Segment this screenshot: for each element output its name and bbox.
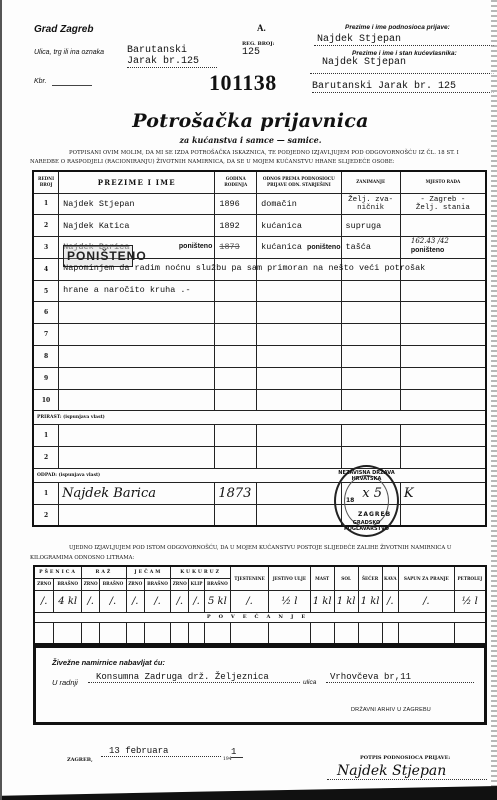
subheader: ZRNO xyxy=(126,578,144,590)
name-cell[interactable] xyxy=(59,324,215,346)
header-sugar: ŠEĆER xyxy=(358,566,382,590)
occupation-cell[interactable]: Želj. zva-ničnik xyxy=(341,193,400,215)
row-number: 2 xyxy=(33,215,59,237)
table-row: 2 Najdek Katica 1892 kućanica supruga xyxy=(33,215,486,237)
table-row: 7 xyxy=(33,324,486,346)
value-cell[interactable] xyxy=(334,622,358,644)
value-cell[interactable]: ½ l xyxy=(454,590,486,612)
shop-street-field[interactable]: Vrhovčeva br,11 xyxy=(326,672,474,683)
col-header-relation: ODNOS PREMA PODNOSIOCU PRIJAVE ODN. STAR… xyxy=(257,171,341,193)
born-cell[interactable]: 1873 xyxy=(215,237,257,259)
landlord-address-field[interactable]: Barutanski Jarak br. 125 xyxy=(312,81,494,93)
relation-value: kućanica xyxy=(261,242,302,252)
row-number: 4 xyxy=(33,258,59,280)
value-cell[interactable]: 1 kl xyxy=(358,590,382,612)
subheader: BRAŠNO xyxy=(204,578,230,590)
table-row: 1 Najdek Stjepan 1896 domačin Želj. zva-… xyxy=(33,193,486,215)
shop-street-label: ulica xyxy=(303,679,316,686)
col-header-occupation: ZANIMANJE xyxy=(341,171,400,193)
reg-number-field[interactable]: 125 xyxy=(242,47,260,58)
archive-stamp: DRŽAVNI ARHIV U ZAGREBU xyxy=(351,707,431,713)
note-cell[interactable]: hrane a naročito kruha .- xyxy=(59,280,215,302)
value-cell[interactable]: 4 kl xyxy=(54,590,82,612)
cancel-stamp-small: poništeno xyxy=(411,247,444,254)
increase-section-header: PRIRAST: (ispunjava vlast) xyxy=(33,411,486,425)
seal-center-text: ZAGREB xyxy=(358,511,391,518)
increase-label: PRIRAST: (ispunjava vlast) xyxy=(33,411,486,425)
row-number: 2 xyxy=(33,504,59,526)
cancel-stamp-small: poništeno xyxy=(307,244,340,251)
value-cell[interactable] xyxy=(189,622,204,644)
born-cell[interactable]: 1873 xyxy=(215,483,257,505)
row-number: 1 xyxy=(33,193,59,215)
table-row: 10 xyxy=(33,389,486,411)
table-row: 1 Najdek Barica 1873 x 5 K xyxy=(33,483,486,505)
header-lard: MAST xyxy=(310,566,334,590)
occupation-line-2: ničnik xyxy=(342,204,400,212)
table-row: 8 xyxy=(33,346,486,368)
decrease-section-header: ODPAD: (ispunjava vlast) xyxy=(33,469,486,483)
col-header-name: PREZIME I IME xyxy=(59,171,215,193)
supplies-declaration-2: KILOGRAMIMA ODNOSNO LITRAMA: xyxy=(30,555,134,561)
city-label: Grad Zagreb xyxy=(34,24,93,35)
subheader: ZRNO xyxy=(34,578,54,590)
header-petroleum: PETROLEJ xyxy=(454,566,486,590)
note-line-1: Napominjem da radim noćnu službu pa sam … xyxy=(63,263,425,273)
value-cell[interactable] xyxy=(54,622,82,644)
document-page: Grad Zagreb A. Ulica, trg ili ina oznaka… xyxy=(0,0,497,800)
name-cell[interactable] xyxy=(59,302,215,324)
col-header-workplace: MJESTO RADA xyxy=(400,171,486,193)
row-number: 9 xyxy=(33,367,59,389)
value-cell[interactable]: /. xyxy=(231,590,269,612)
value-cell[interactable]: 1 kl xyxy=(334,590,358,612)
scan-edge-right xyxy=(491,0,497,800)
value-cell[interactable]: /. xyxy=(126,590,144,612)
place-label: ZAGREB, xyxy=(67,757,93,763)
value-cell[interactable]: 1 kl xyxy=(310,590,334,612)
declaration-line-2: NAREDBE O RASPODJELI (RACIONIRANJU) ŽIVO… xyxy=(30,159,495,165)
note-line-2: hrane a naročito kruha .- xyxy=(63,285,191,295)
value-cell[interactable] xyxy=(269,622,311,644)
value-cell[interactable] xyxy=(454,622,486,644)
table-row: 2 xyxy=(33,504,486,526)
row-number: 1 xyxy=(33,425,59,447)
row-number: 5 xyxy=(33,280,59,302)
subheader: ZRNO xyxy=(171,578,189,590)
value-cell[interactable]: /. xyxy=(34,590,54,612)
row-number: 3 xyxy=(33,237,59,259)
value-cell[interactable] xyxy=(82,622,100,644)
increase-row-header: POVEĆANJE xyxy=(34,612,486,622)
name-cell[interactable] xyxy=(59,447,215,469)
value-cell[interactable]: /. xyxy=(382,590,398,612)
value-cell[interactable] xyxy=(231,622,269,644)
header-salt: SOL xyxy=(334,566,358,590)
value-cell[interactable] xyxy=(382,622,398,644)
name-cell[interactable] xyxy=(59,504,215,526)
subheader: BRAŠNO xyxy=(100,578,126,590)
value-cell[interactable]: /. xyxy=(100,590,126,612)
name-cell[interactable]: Najdek Barica xyxy=(59,483,215,505)
subheader: BRAŠNO xyxy=(54,578,82,590)
household-members-table: REDNI BROJ PREZIME I IME GODINA RODENJA … xyxy=(32,170,487,527)
value-cell[interactable] xyxy=(204,622,230,644)
occupation-cell[interactable]: supruga xyxy=(341,215,400,237)
group-header-barley: JEČAM xyxy=(126,566,171,578)
seal-top-text: NEZAVISNA DRŽAVA HRVATSKA xyxy=(336,470,397,482)
landlord-label: Prezime i ime i stan kućevlasnika: xyxy=(352,50,457,57)
date-field[interactable]: 13 februara xyxy=(101,746,221,757)
header-soap: SAPUN ZA PRANJE xyxy=(399,566,455,590)
row-number: 8 xyxy=(33,346,59,368)
page-subtitle: za kućanstva i samce — samice. xyxy=(2,135,497,145)
signature-label: POTPIS PODNOSIOCA PRIJAVE: xyxy=(360,755,450,761)
page-title: Potrošačka prijavnica xyxy=(2,110,497,132)
supplies-table: PŠENICA RAŽ JEČAM KUKURUZ TJESTENINE JES… xyxy=(33,565,487,645)
value-cell[interactable]: /. xyxy=(82,590,100,612)
shop-section-label: Živežne namirnice nabavljat ću: xyxy=(52,658,165,667)
subheader: KLIP xyxy=(189,578,204,590)
workplace-cell[interactable]: 162.43 /42poništeno xyxy=(400,237,486,259)
scan-edge-bottom xyxy=(2,786,497,800)
value-cell[interactable]: /. xyxy=(144,590,170,612)
declaration-line-1: POTPISANI OVIM MOLIM, DA MI SE IZDA POTR… xyxy=(69,150,494,156)
row-number: 1 xyxy=(33,483,59,505)
value-cell[interactable] xyxy=(310,622,334,644)
occupation-cell[interactable]: tašća xyxy=(341,237,400,259)
value-cell[interactable] xyxy=(358,622,382,644)
supplies-declaration-1: UJEDNO IZJAVLJUJEM POD ISTOM ODGOVORNOŠĆ… xyxy=(69,545,494,551)
col-header-no: REDNI BROJ xyxy=(33,171,59,193)
shop-section: Živežne namirnice nabavljat ću: U radnji… xyxy=(33,645,487,725)
group-header-wheat: PŠENICA xyxy=(34,566,82,578)
name-cell[interactable] xyxy=(59,346,215,368)
workplace-cell[interactable] xyxy=(400,215,486,237)
row-number: 6 xyxy=(33,302,59,324)
header-pasta: TJESTENINE xyxy=(231,566,269,590)
workplace-cell[interactable]: K xyxy=(400,483,486,505)
subheader: ZRNO xyxy=(82,578,100,590)
relation-cell[interactable] xyxy=(257,483,341,505)
seal-bottom-text: GRADSKO POGLAVARSTVO xyxy=(336,520,397,532)
increase-label: POVEĆANJE xyxy=(34,612,486,622)
row-number: 10 xyxy=(33,389,59,411)
handwritten-note: 162.43 /42 xyxy=(411,237,449,245)
table-row: 6 xyxy=(33,302,486,324)
header-oil: JESTIVO ULJE xyxy=(269,566,311,590)
value-cell[interactable]: ½ l xyxy=(269,590,311,612)
card-number: 101138 xyxy=(209,70,277,96)
landlord-underline xyxy=(310,73,494,74)
landlord-field[interactable]: Najdek Stjepan xyxy=(322,57,494,68)
table-header-row: REDNI BROJ PREZIME I IME GODINA RODENJA … xyxy=(33,171,486,193)
official-seal: NEZAVISNA DRŽAVA HRVATSKA 18 ZAGREB GRAD… xyxy=(334,465,399,537)
applicant-field[interactable]: Najdek Stjepan xyxy=(314,34,494,46)
supplies-group-header-row: PŠENICA RAŽ JEČAM KUKURUZ TJESTENINE JES… xyxy=(34,566,486,578)
applicant-label: Prezime i ime podnosioca prijave: xyxy=(345,24,450,31)
value-cell[interactable]: 5 kl xyxy=(204,590,230,612)
col-header-born: GODINA RODENJA xyxy=(215,171,257,193)
form-letter: A. xyxy=(257,23,266,33)
seal-date: 18 xyxy=(346,497,354,504)
group-header-corn: KUKURUZ xyxy=(171,566,231,578)
signature-field[interactable]: Najdek Stjepan xyxy=(327,763,487,780)
value-cell[interactable]: /. xyxy=(171,590,189,612)
relation-cell[interactable]: domačin xyxy=(257,193,341,215)
value-cell[interactable] xyxy=(171,622,189,644)
row-number: 7 xyxy=(33,324,59,346)
name-cell[interactable]: Najdek Katica xyxy=(59,215,215,237)
table-row: 5 hrane a naročito kruha .- xyxy=(33,280,486,302)
table-row: 9 xyxy=(33,367,486,389)
kbr-label: Kbr. xyxy=(34,78,47,85)
name-cell[interactable] xyxy=(59,389,215,411)
cancel-stamp-small: poništeno xyxy=(179,243,212,250)
relation-cell[interactable]: kućanica poništeno xyxy=(257,237,341,259)
relation-cell[interactable]: kućanica xyxy=(257,215,341,237)
value-cell[interactable]: /. xyxy=(189,590,204,612)
table-row: 2 xyxy=(33,447,486,469)
kbr-field[interactable] xyxy=(52,85,92,86)
occupation-line-1: Želj. zva- xyxy=(342,196,400,204)
row-number: 2 xyxy=(33,447,59,469)
born-cell[interactable]: 1896 xyxy=(215,193,257,215)
supplies-values-row: /. 4 kl /. /. /. /. /. /. 5 kl /. ½ l 1 … xyxy=(34,590,486,612)
name-cell[interactable] xyxy=(59,367,215,389)
value-cell[interactable] xyxy=(34,622,54,644)
header-coffee: KAVA xyxy=(382,566,398,590)
street-field[interactable]: Barutanski Jarak br.125 xyxy=(127,45,217,68)
subheader: BRAŠNO xyxy=(144,578,170,590)
born-cell[interactable]: 1892 xyxy=(215,215,257,237)
table-row: 1 xyxy=(33,425,486,447)
value-cell[interactable] xyxy=(144,622,170,644)
shop-label: U radnji xyxy=(52,678,78,687)
value-cell[interactable]: /. xyxy=(399,590,455,612)
name-cell[interactable]: Najdek Stjepan xyxy=(59,193,215,215)
name-cell[interactable] xyxy=(59,425,215,447)
value-cell[interactable] xyxy=(399,622,455,644)
workplace-line-2: Želj. stania xyxy=(401,204,485,212)
workplace-line-1: - Zagreb - xyxy=(401,196,485,204)
group-header-rye: RAŽ xyxy=(82,566,127,578)
shop-field[interactable]: Konsumna Zadruga drž. Željeznica xyxy=(88,672,300,683)
year-field[interactable]: 1 xyxy=(231,747,243,758)
street-label: Ulica, trg ili ina oznaka xyxy=(34,49,104,56)
workplace-cell[interactable]: - Zagreb -Želj. stania xyxy=(400,193,486,215)
value-cell[interactable] xyxy=(100,622,126,644)
decrease-label: ODPAD: (ispunjava vlast) xyxy=(33,469,486,483)
value-cell[interactable] xyxy=(126,622,144,644)
increase-values-row xyxy=(34,622,486,644)
